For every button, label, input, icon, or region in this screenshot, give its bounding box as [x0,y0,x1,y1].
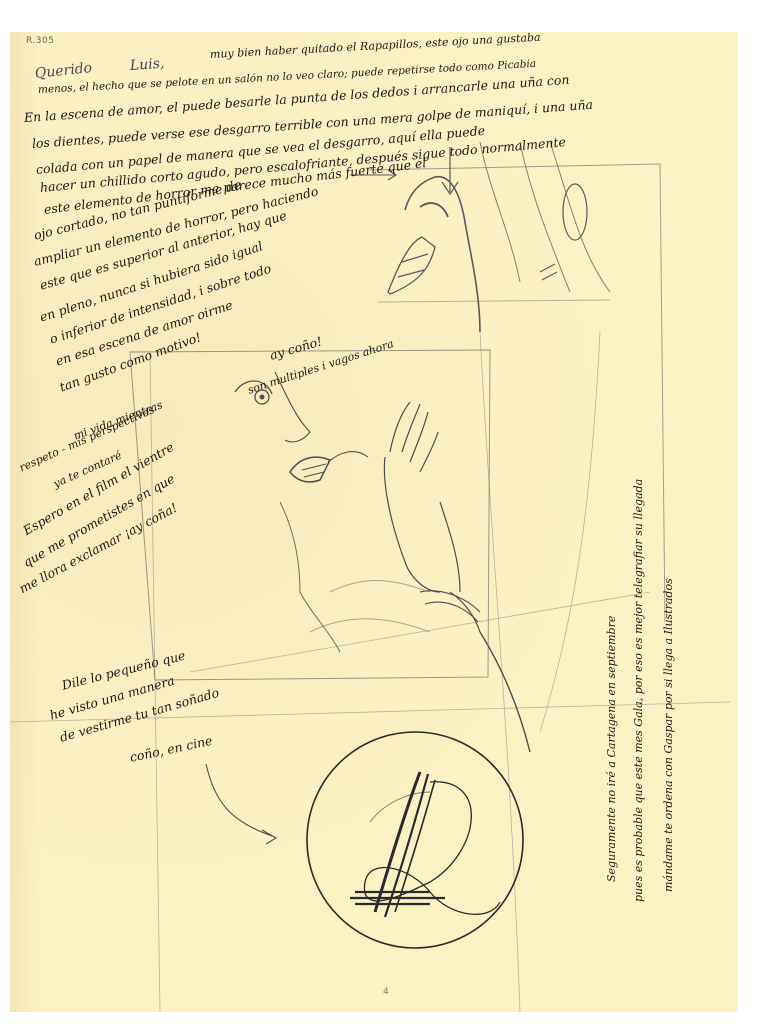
mouth-detail-sketch [350,142,665,622]
curved-arrow [206,764,276,844]
margin-note-line: pues es probable que este mes Gala, por … [632,479,645,902]
margin-note-line: mándame te ordena con Gaspar por si lleg… [662,578,675,892]
addressee: Luis, [129,56,164,74]
letter-page: R.305 [10,32,738,1012]
page-number: 4 [383,987,389,997]
margin-note-line: Seguramente no iré a Cartagena en septie… [605,616,618,882]
monogram-circle-sketch [307,732,523,948]
